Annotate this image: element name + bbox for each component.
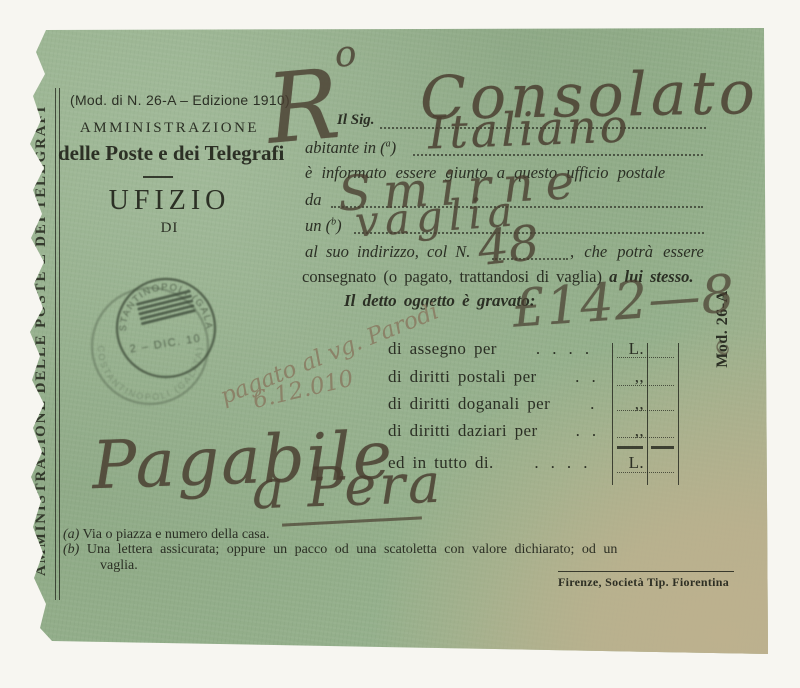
un-pre: un ( (305, 216, 331, 235)
amount-row-line (617, 357, 674, 358)
edition-note: (Mod. di N. 26-A – Edizione 1910) (70, 92, 290, 108)
indirizzo-label: al suo indirizzo, col N. (305, 242, 470, 262)
hw-amount: £142—8 (510, 268, 737, 335)
amount-total-rule (617, 446, 643, 449)
amount-table-divider (647, 343, 648, 485)
administration-title: AMMINISTRAZIONE (62, 120, 277, 137)
fee-row-postali: di diritti postali per . . ,, (388, 367, 644, 387)
postal-card: AMMINISTRAZIONE DELLE POSTE E DEI TELEGR… (0, 0, 800, 688)
un-label: un (b) (305, 216, 342, 236)
amount-row-line (617, 385, 674, 386)
amount-row-line (617, 410, 674, 411)
hw-initial-sup: o (333, 33, 358, 76)
footnote-b-cont: vaglia. (100, 558, 138, 574)
amount-row-line (617, 437, 674, 438)
amount-table (612, 343, 679, 485)
fee-label: di assegno per (388, 339, 497, 359)
left-vertical-caption: AMMINISTRAZIONE DELLE POSTE E DEI TELEGR… (33, 83, 50, 598)
hw-recipient-initial: Ro (261, 36, 365, 158)
footnote-b-marker: (b) (63, 542, 79, 557)
hw-number: 48 (476, 219, 542, 273)
footnote-b: (b) Una lettera assicurata; oppure un pa… (63, 542, 617, 558)
indirizzo-label-cont: , che potrà essere (570, 242, 704, 262)
fee-dots: . . . . (494, 453, 629, 473)
footnote-a-text: Via o piazza e numero della casa. (83, 527, 270, 542)
da-label: da (305, 190, 322, 210)
fee-label: di diritti postali per (388, 367, 537, 387)
office-label: UFIZIO (62, 185, 277, 217)
footnote-b-text: Una lettera assicurata; oppure un pacco … (87, 542, 618, 557)
hw-payable-place: a Pera (251, 457, 444, 518)
postmark-date-text: 2 – DIC. 10 (129, 332, 202, 355)
svg-text:COSTANTINOPOLI (GALATA): COSTANTINOPOLI (GALATA) (88, 250, 214, 332)
fee-row-assegno: di assegno per . . . . L. (388, 339, 644, 359)
amount-total-rule (651, 446, 674, 449)
administration-subtitle: delle Poste e dei Telegrafi (58, 141, 280, 166)
fee-label: di diritti doganali per (388, 394, 550, 414)
fee-row-doganali: di diritti doganali per . ,, (388, 394, 644, 414)
office-di-label: DI (62, 220, 277, 237)
header-rule (143, 176, 173, 178)
postmark-place-text: COSTANTINOPOLI (GALATA) (88, 250, 214, 332)
abitante-post: ) (391, 138, 397, 157)
printer-rule (558, 571, 734, 572)
fee-dots: . . . . (497, 339, 629, 359)
amount-row-line (617, 472, 674, 473)
footnote-a-marker: (a) (63, 527, 79, 542)
scanned-postal-form: AMMINISTRAZIONE DELLE POSTE E DEI TELEGR… (0, 0, 800, 688)
gravato-line: Il detto oggetto è gravato: (344, 291, 535, 311)
fee-label: di diritti daziari per (388, 421, 538, 441)
hw-initial: R (262, 48, 344, 166)
fee-row-daziari: di diritti daziari per . . ,, (388, 421, 644, 441)
footnote-a: (a) Via o piazza e numero della casa. (63, 527, 269, 543)
printer-imprint: Firenze, Società Tip. Fiorentina (558, 575, 729, 590)
hw-recipient-line2: Italiano (427, 102, 631, 155)
